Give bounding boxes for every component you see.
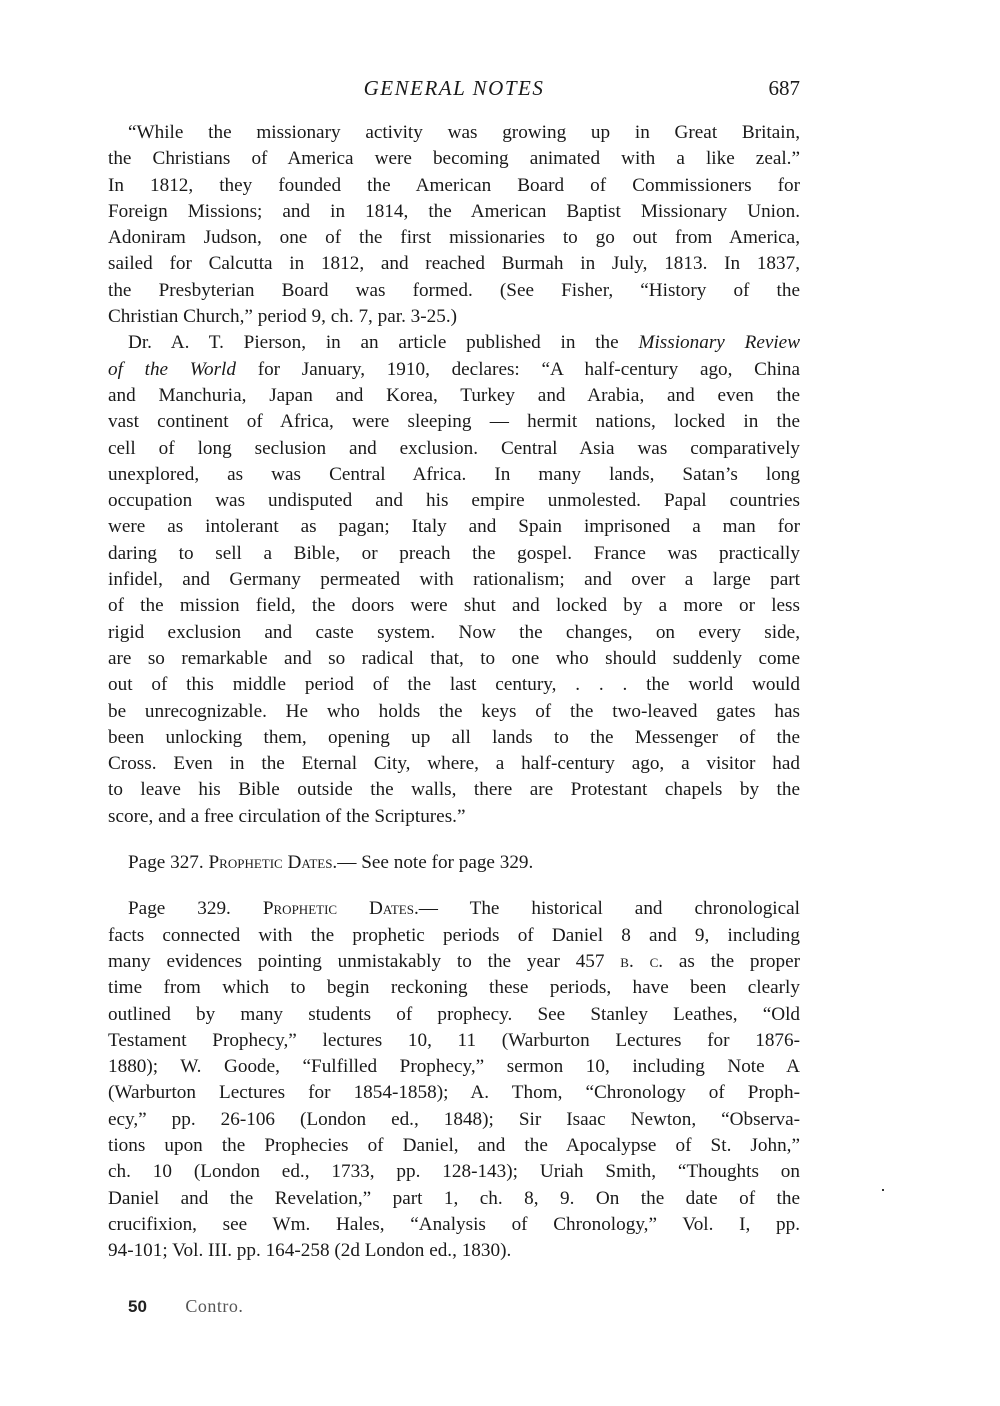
text-run: — The historical and chronological [419, 898, 800, 919]
text-run: as the proper [663, 951, 800, 972]
text-line: the Presbyterian Board was formed. (See … [108, 278, 800, 304]
text-line: unexplored, as was Central Africa. In ma… [108, 462, 800, 488]
text-line: rigid exclusion and caste system. Now th… [108, 620, 800, 646]
paragraph-pierson-quote: Dr. A. T. Pierson, in an article publish… [108, 330, 800, 830]
text-line: and Manchuria, Japan and Korea, Turkey a… [108, 383, 800, 409]
text-run: for January, 1910, declares: “A half-cen… [236, 359, 800, 380]
note-heading: Prophetic Dates. [263, 898, 419, 919]
text-line: Page 329. Prophetic Dates.— The historic… [108, 896, 800, 922]
text-line: Page 327. Prophetic Dates.— See note for… [108, 850, 800, 876]
text-line: score, and a free circulation of the Scr… [108, 804, 800, 830]
text-line: daring to sell a Bible, or preach the go… [108, 541, 800, 567]
text-line: Adoniram Judson, one of the first missio… [108, 225, 800, 251]
text-line: Testament Prophecy,” lectures 10, 11 (Wa… [108, 1028, 800, 1054]
text-line: been unlocking them, opening up all land… [108, 725, 800, 751]
text-line: were as intolerant as pagan; Italy and S… [108, 514, 800, 540]
signature-number: 50 [128, 1297, 147, 1316]
text-line: ecy,” pp. 26-106 (London ed., 1848); Sir… [108, 1107, 800, 1133]
text-line: facts connected with the prophetic perio… [108, 923, 800, 949]
running-head: GENERAL NOTES 687 [108, 70, 800, 106]
text-line: infidel, and Germany permeated with rati… [108, 567, 800, 593]
text-line: cell of long seclusion and exclusion. Ce… [108, 436, 800, 462]
text-line: 94-101; Vol. III. pp. 164-258 (2d London… [108, 1238, 800, 1264]
text-line: tions upon the Prophecies of Daniel, and… [108, 1133, 800, 1159]
era-abbreviation: b. c. [620, 951, 663, 972]
text-run: Dr. A. T. Pierson, in an article publish… [128, 332, 638, 353]
note-page-329: Page 329. Prophetic Dates.— The historic… [108, 896, 800, 1264]
running-title: GENERAL NOTES [108, 76, 800, 101]
text-line: out of this middle period of the last ce… [108, 672, 800, 698]
text-run: — See note for page 329. [337, 852, 533, 873]
text-line: of the World for January, 1910, declares… [108, 357, 800, 383]
note-page-ref: Page 327. [128, 852, 208, 873]
text-line: Daniel and the Revelation,” part 1, ch. … [108, 1186, 800, 1212]
text-line: Dr. A. T. Pierson, in an article publish… [108, 330, 800, 356]
periodical-title: Missionary Review [638, 332, 800, 353]
text-line: occupation was undisputed and his empire… [108, 488, 800, 514]
text-run: many evidences pointing unmistakably to … [108, 951, 620, 972]
signature-label: Contro. [185, 1296, 243, 1316]
note-page-327: Page 327. Prophetic Dates.— See note for… [108, 850, 800, 876]
text-line: crucifixion, see Wm. Hales, “Analysis of… [108, 1212, 800, 1238]
book-page: GENERAL NOTES 687 “While the missionary … [108, 70, 800, 1264]
text-line: sailed for Calcutta in 1812, and reached… [108, 251, 800, 277]
text-line: Foreign Missions; and in 1814, the Ameri… [108, 199, 800, 225]
page-number: 687 [769, 76, 801, 101]
text-line: many evidences pointing unmistakably to … [108, 949, 800, 975]
text-line: the Christians of America were becoming … [108, 146, 800, 172]
paragraph-missionary-activity: “While the missionary activity was growi… [108, 120, 800, 330]
note-heading: Prophetic Dates. [208, 852, 337, 873]
text-line: 1880); W. Goode, “Fulfilled Prophecy,” s… [108, 1054, 800, 1080]
text-line: are so remarkable and so radical that, t… [108, 646, 800, 672]
note-page-ref: Page 329. [128, 898, 263, 919]
text-line: ch. 10 (London ed., 1733, pp. 128-143); … [108, 1159, 800, 1185]
scan-speck [882, 1189, 884, 1191]
text-line: Christian Church,” period 9, ch. 7, par.… [108, 304, 800, 330]
text-line: (Warburton Lectures for 1854-1858); A. T… [108, 1080, 800, 1106]
text-line: of the mission field, the doors were shu… [108, 593, 800, 619]
text-line: to leave his Bible outside the walls, th… [108, 777, 800, 803]
periodical-title: of the World [108, 359, 236, 380]
text-line: In 1812, they founded the American Board… [108, 173, 800, 199]
body-text: “While the missionary activity was growi… [108, 120, 800, 1264]
printer-signature: 50 Contro. [128, 1296, 243, 1317]
text-line: be unrecognizable. He who holds the keys… [108, 699, 800, 725]
text-line: Cross. Even in the Eternal City, where, … [108, 751, 800, 777]
text-line: time from which to begin reckoning these… [108, 975, 800, 1001]
text-line: outlined by many students of prophecy. S… [108, 1002, 800, 1028]
text-line: vast continent of Africa, were sleeping … [108, 409, 800, 435]
text-line: “While the missionary activity was growi… [108, 120, 800, 146]
